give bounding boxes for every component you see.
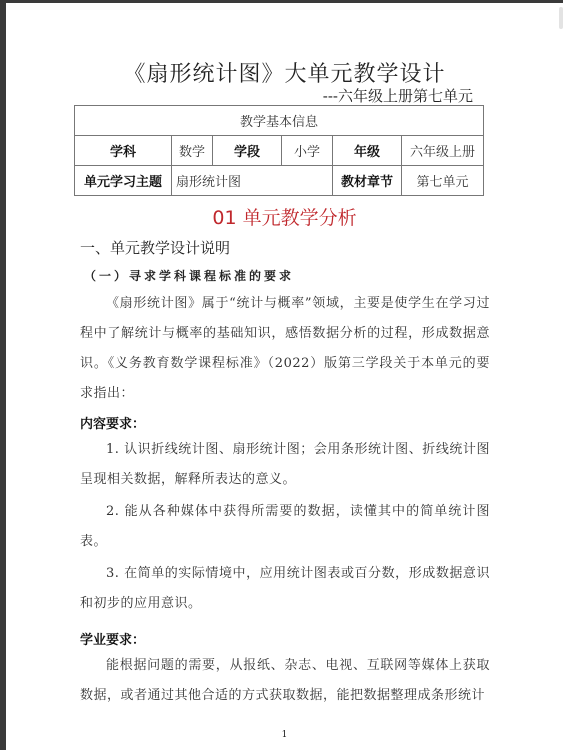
- table-header: 教学基本信息: [75, 106, 484, 136]
- grade-value: 六年级上册: [402, 136, 484, 166]
- teaching-info-table: 教学基本信息 学科 数学 学段 小学 年级 六年级上册 单元学习主题 扇形统计图…: [74, 105, 484, 196]
- page-number: 1: [6, 730, 563, 740]
- scrollbar-thumb[interactable]: [559, 7, 563, 29]
- stage-label: 学段: [213, 136, 282, 166]
- chapter-label: 教材章节: [333, 166, 402, 196]
- subject-label: 学科: [75, 136, 172, 166]
- heading-level-2: （一）寻求学科课程标准的要求: [84, 267, 294, 284]
- heading-level-1: 一、单元教学设计说明: [80, 237, 230, 258]
- document-title: 《扇形统计图》大单元教学设计: [6, 57, 563, 88]
- intro-paragraph: 《扇形统计图》属于“统计与概率”领域，主要是使学生在学习过程中了解统计与概率的基…: [80, 289, 490, 409]
- theme-value: 扇形统计图: [172, 166, 333, 196]
- content-requirement-item: 3. 在简单的实际情境中，应用统计图表或百分数，形成数据意识和初步的应用意识。: [80, 559, 490, 619]
- content-requirement-item: 2. 能从各种媒体中获得所需要的数据，读懂其中的简单统计图表。: [80, 497, 490, 557]
- document-page: 《扇形统计图》大单元教学设计 ---六年级上册第七单元 教学基本信息 学科 数学…: [6, 3, 563, 750]
- grade-label: 年级: [333, 136, 402, 166]
- academic-requirements-label: 学业要求：: [80, 629, 145, 648]
- academic-requirements-text: 能根据问题的需要，从报纸、杂志、电视、互联网等媒体上获取数据，或者通过其他合适的…: [80, 651, 490, 711]
- subject-value: 数学: [172, 136, 213, 166]
- theme-label: 单元学习主题: [75, 166, 172, 196]
- section-title: 01 单元教学分析: [6, 203, 563, 230]
- chapter-value: 第七单元: [402, 166, 484, 196]
- content-requirements-label: 内容要求：: [80, 413, 145, 432]
- stage-value: 小学: [282, 136, 333, 166]
- content-requirement-item: 1. 认识折线统计图、扇形统计图；会用条形统计图、折线统计图呈现相关数据，解释所…: [80, 435, 490, 495]
- document-subtitle: ---六年级上册第七单元: [323, 85, 473, 106]
